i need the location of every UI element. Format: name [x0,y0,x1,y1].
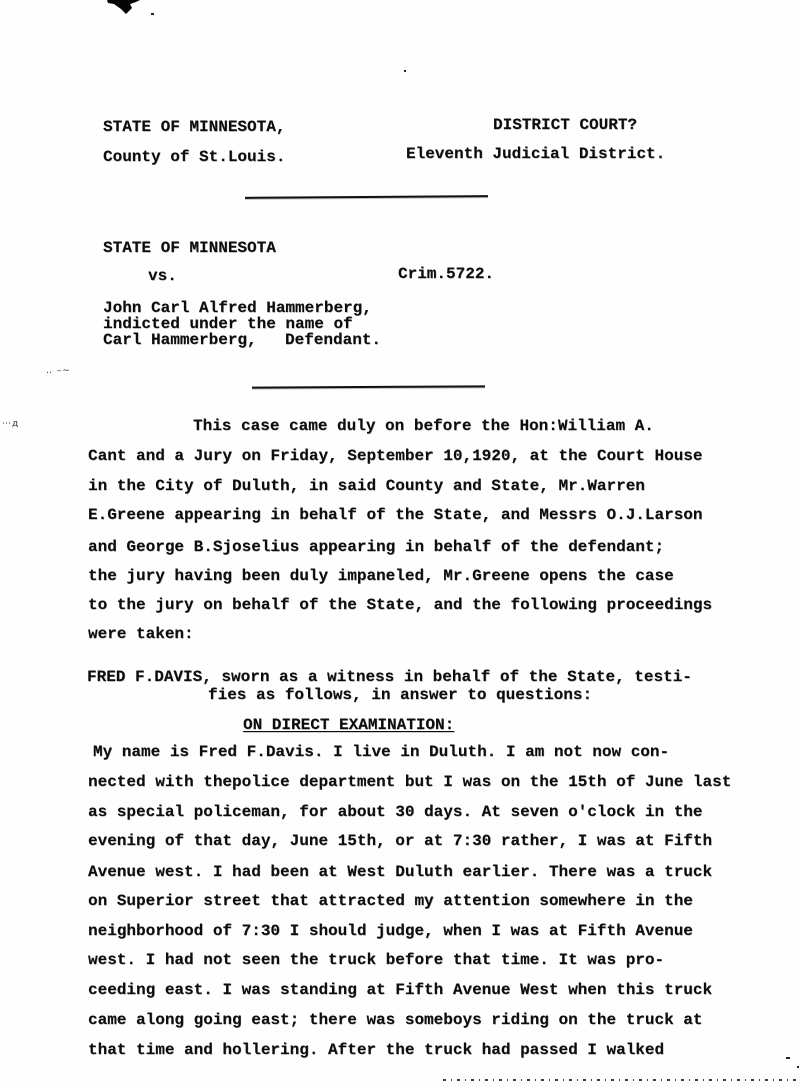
caption-defendant-label: Defendant. [285,332,381,348]
testimony-line: Avenue west. I had been at West Duluth e… [88,862,712,882]
witness-intro-line: fies as follows, in answer to questions: [208,685,592,705]
header-right-court: DISTRICT COURT? [493,115,637,135]
testimony-line: came along going east; there was someboy… [88,1010,703,1030]
caption-vs: vs. [148,266,177,286]
witness-intro-line: FRED F.DAVIS, sworn as a witness in beha… [87,667,692,687]
testimony-line: My name is Fred F.Davis. I live in Dulut… [93,742,669,762]
section-heading-direct-examination: ON DIRECT EXAMINATION: [243,715,454,735]
caption-case-number: Crim.5722. [398,264,494,284]
header-right-district: Eleventh Judicial District. [406,144,665,164]
testimony-line: as special policeman, for about 30 days.… [88,802,703,822]
testimony-line: on Superior street that attracted my att… [88,891,693,911]
divider-rule-caption [252,385,485,388]
scan-speck [786,1057,790,1059]
header-left-county: County of St.Louis. [103,147,285,167]
testimony-line: neighborhood of 7:30 I should judge, whe… [88,921,693,941]
margin-mark-dots: ⋯д [2,419,19,429]
intro-line: to the jury on behalf of the State, and … [88,595,712,615]
testimony-line: ceeding east. I was standing at Fifth Av… [88,980,712,1000]
intro-line: and George B.Sjoselius appearing in beha… [88,537,664,557]
caption-defendant-alias: Carl Hammerberg, [103,332,257,348]
testimony-line: evening of that day, June 15th, or at 7:… [88,831,712,851]
scanned-court-transcript-page: STATE OF MINNESOTA, County of St.Louis. … [0,0,800,1088]
testimony-line: nected with thepolice department but I w… [88,772,731,792]
scan-speck [151,13,154,15]
header-left-state: STATE OF MINNESOTA, [103,117,285,137]
intro-line: Cant and a Jury on Friday, September 10,… [88,446,703,466]
ink-blot-mark [106,0,142,18]
caption-defendant-indicted: indicted under the name of [103,316,353,332]
scan-speck [797,1066,799,1068]
divider-rule-top [245,195,488,199]
intro-line: the jury having been duly impaneled, Mr.… [88,566,674,586]
scan-speck [404,70,406,72]
testimony-line: that time and hollering. After the truck… [88,1040,664,1060]
intro-line: in the City of Duluth, in said County an… [88,476,645,496]
intro-line: were taken: [88,624,194,644]
intro-line: E.Greene appearing in behalf of the Stat… [88,505,703,525]
testimony-line: west. I had not seen the truck before th… [88,950,664,970]
intro-line: This case came duly on before the Hon:Wi… [193,416,654,436]
margin-mark-squiggle: ‥ –∼ [46,366,71,376]
caption-title: STATE OF MINNESOTA [103,238,276,258]
caption-defendant-name: John Carl Alfred Hammerberg, [103,300,372,316]
bottom-scan-dotted-line [443,1079,800,1081]
